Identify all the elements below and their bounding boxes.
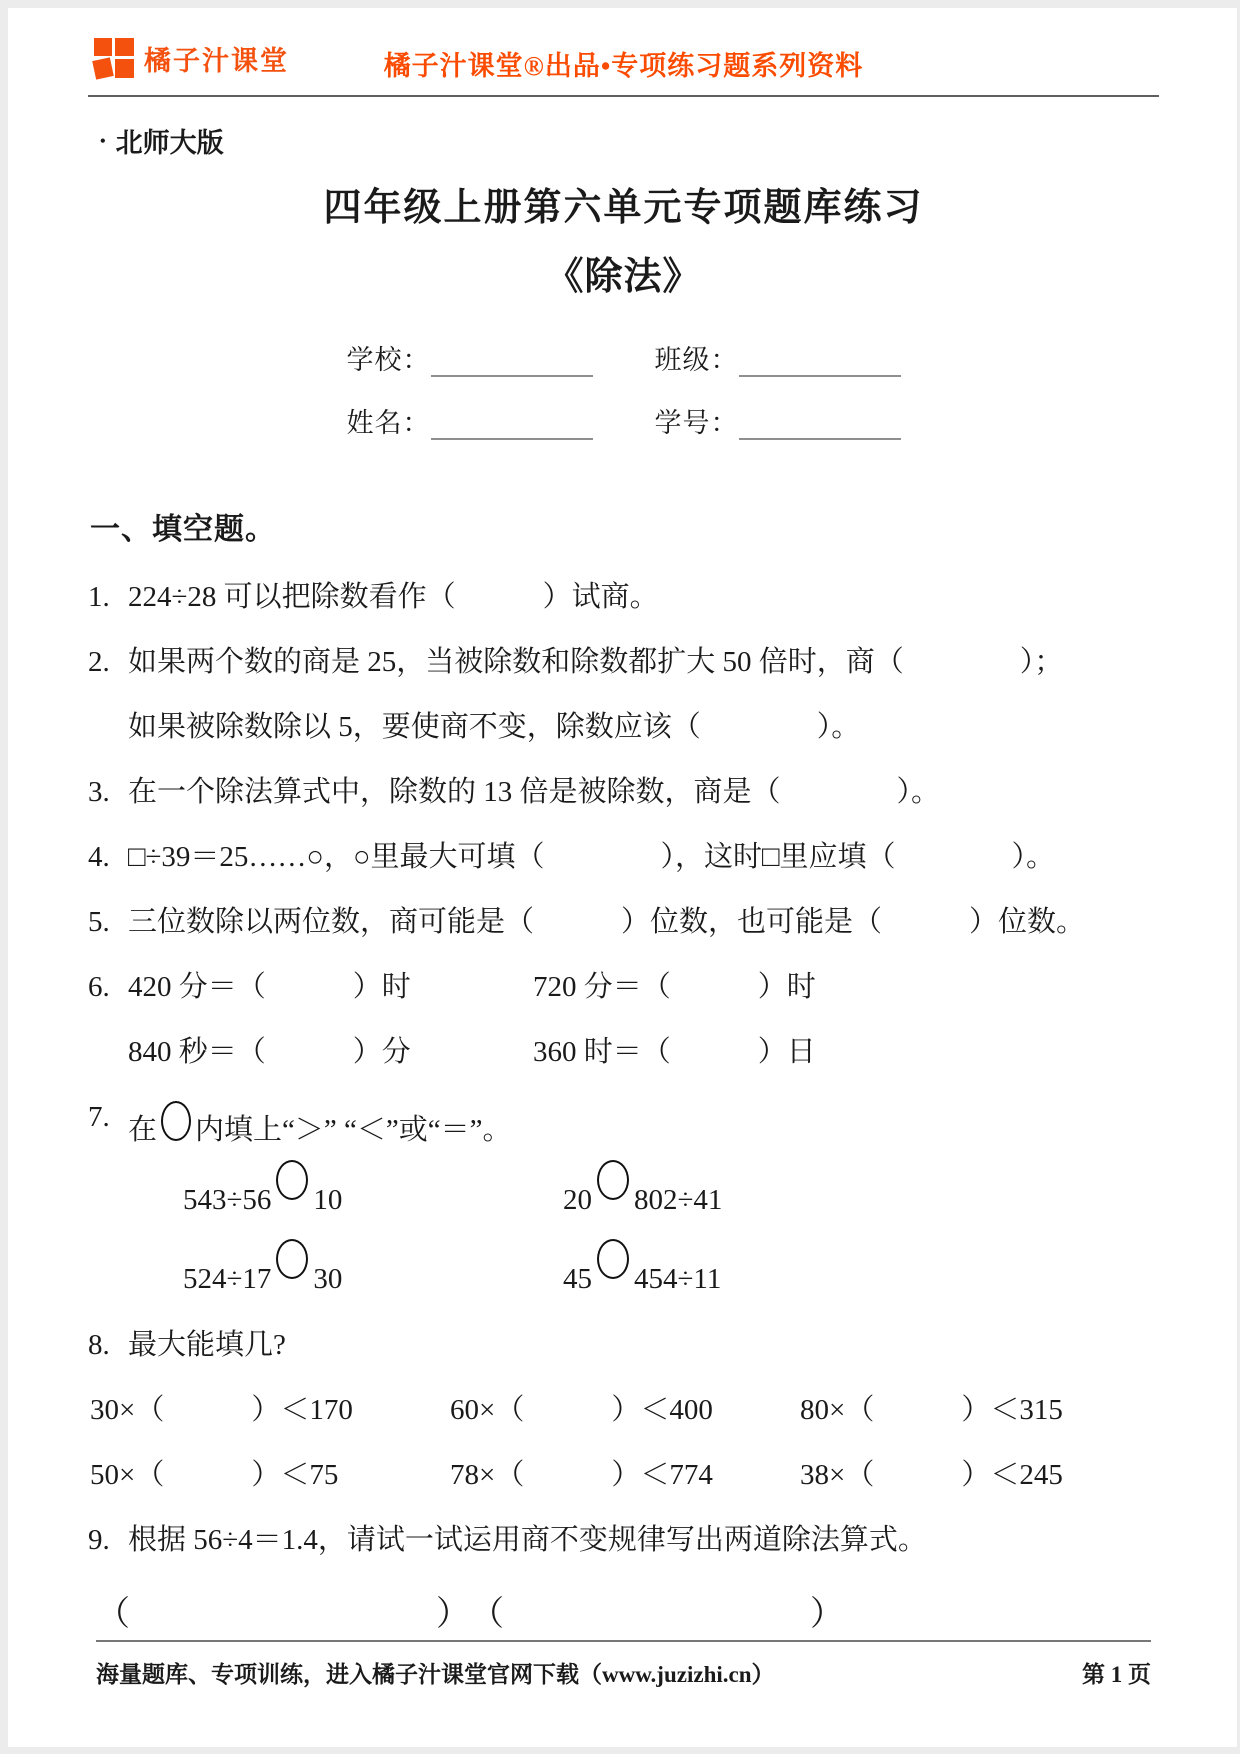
question-text: 如果两个数的商是 25，当被除数和除数都扩大 50 倍时，商（ ）； 如果被除数… (128, 646, 1159, 743)
circle-blank-icon (276, 1160, 308, 1200)
question-number: 5. (88, 906, 128, 938)
question-line: 840 秒＝（ ）分 360 时＝（ ）日 (128, 1036, 1159, 1068)
question-6: 6. 420 分＝（ ）时 720 分＝（ ）时 840 秒＝（ ）分 360 … (88, 971, 1159, 1068)
class-label: 班级： (655, 338, 739, 377)
page-subtitle: 《除法》 (88, 245, 1159, 300)
section-heading: 一、填空题。 (90, 504, 1159, 548)
footer-note: 海量题库、专项训练，进入橘子汁课堂官网下载（www.juzizhi.cn） (96, 1656, 775, 1689)
inequality-item: 30×（ ）＜170 (90, 1394, 450, 1426)
page-title: 四年级上册第六单元专项题库练习 (88, 176, 1159, 231)
expression: 543÷56 (183, 1184, 271, 1216)
form-row-1: 学校： 班级： (347, 338, 901, 377)
logo-square-icon (115, 59, 134, 78)
inequality-item: 60×（ ）＜400 (450, 1394, 800, 1426)
school-label: 学校： (347, 338, 431, 377)
form-row-2: 姓名： 学号： (347, 401, 901, 440)
question-text: □÷39＝25……○，○里最大可填（ ），这时□里应填（ ）。 (128, 841, 1159, 873)
edition-label: •北师大版 (100, 121, 1159, 160)
question-text: 在内填上“＞” “＜”或“＝”。 (128, 1101, 1159, 1146)
question-text: 在一个除法算式中，除数的 13 倍是被除数，商是（ ）。 (128, 776, 1159, 808)
question-number: 9. (88, 1524, 128, 1556)
question-text-pre: 在 (128, 1114, 157, 1146)
conversion-item: 360 时＝（ ）日 (533, 1036, 816, 1068)
circle-blank-icon (597, 1160, 629, 1200)
question-number: 7. (88, 1101, 128, 1146)
question-8-row: 30×（ ）＜170 60×（ ）＜400 80×（ ）＜315 (88, 1394, 1159, 1426)
comparison-item: 543÷5610 (183, 1160, 563, 1217)
expression: 802÷41 (634, 1184, 722, 1216)
question-9: 9. 根据 56÷4＝1.4，请试一试运用商不变规律写出两道除法算式。 (88, 1524, 1159, 1556)
class-blank-line (739, 345, 901, 377)
inequality-item: 50×（ ）＜75 (90, 1459, 450, 1491)
page-number: 第 1 页 (1082, 1656, 1151, 1689)
comparison-item: 20802÷41 (563, 1160, 722, 1217)
question-7-comparisons: 543÷5610 20802÷41 524÷1730 45454÷11 (183, 1160, 1159, 1296)
question-number: 4. (88, 841, 128, 873)
expression: 454÷11 (634, 1263, 721, 1295)
question-2: 2. 如果两个数的商是 25，当被除数和除数都扩大 50 倍时，商（ ）； 如果… (88, 646, 1159, 743)
expression: 20 (563, 1184, 592, 1216)
logo-square-icon (115, 38, 134, 56)
question-8-row: 50×（ ）＜75 78×（ ）＜774 38×（ ）＜245 (88, 1459, 1159, 1491)
answer-blanks-row: （ ） （ ） (88, 1586, 1159, 1635)
conversion-item: 720 分＝（ ）时 (533, 971, 816, 1003)
conversion-item: 420 分＝（ ）时 (128, 971, 533, 1003)
comparison-item: 45454÷11 (563, 1239, 721, 1296)
name-blank-line (431, 408, 593, 440)
brand: 橘子汁课堂 (94, 38, 289, 79)
circle-blank-icon (161, 1101, 191, 1141)
student-info-form: 学校： 班级： 姓名： 学号： (347, 338, 901, 440)
logo-square-icon (94, 38, 112, 56)
expression: 45 (563, 1263, 592, 1295)
question-number: 8. (88, 1329, 128, 1361)
question-number: 2. (88, 646, 128, 743)
question-text: 420 分＝（ ）时 720 分＝（ ）时 840 秒＝（ ）分 360 时＝（… (128, 971, 1159, 1068)
expression: 524÷17 (183, 1263, 271, 1295)
brand-logo-icon (94, 38, 135, 79)
expression: 10 (313, 1184, 342, 1216)
edition-text: 北师大版 (116, 128, 224, 158)
question-text: 根据 56÷4＝1.4，请试一试运用商不变规律写出两道除法算式。 (128, 1524, 1159, 1556)
question-line: 如果两个数的商是 25，当被除数和除数都扩大 50 倍时，商（ ）； (128, 646, 1159, 678)
question-text: 三位数除以两位数，商可能是（ ）位数，也可能是（ ）位数。 (128, 906, 1159, 938)
question-1: 1. 224÷28 可以把除数看作（ ）试商。 (88, 581, 1159, 613)
page-footer: 海量题库、专项训练，进入橘子汁课堂官网下载（www.juzizhi.cn） 第 … (96, 1640, 1151, 1689)
comparison-row: 524÷1730 45454÷11 (183, 1239, 1159, 1296)
circle-blank-icon (597, 1239, 629, 1279)
question-3: 3. 在一个除法算式中，除数的 13 倍是被除数，商是（ ）。 (88, 776, 1159, 808)
question-7: 7. 在内填上“＞” “＜”或“＝”。 (88, 1101, 1159, 1146)
comparison-row: 543÷5610 20802÷41 (183, 1160, 1159, 1217)
question-text: 最大能填几? (128, 1329, 1159, 1361)
question-number: 6. (88, 971, 128, 1068)
inequality-item: 38×（ ）＜245 (800, 1459, 1063, 1491)
name-label: 姓名： (347, 401, 431, 440)
logo-square-icon (92, 57, 114, 79)
question-text: 224÷28 可以把除数看作（ ）试商。 (128, 581, 1159, 613)
question-8: 8. 最大能填几? (88, 1329, 1159, 1361)
question-number: 1. (88, 581, 128, 613)
question-line: 420 分＝（ ）时 720 分＝（ ）时 (128, 971, 1159, 1003)
school-blank-line (431, 345, 593, 377)
student-id-label: 学号： (655, 401, 739, 440)
conversion-item: 840 秒＝（ ）分 (128, 1036, 533, 1068)
bullet-icon: • (100, 133, 106, 150)
worksheet-page: 橘子汁课堂 橘子汁课堂®出品•专项练习题系列资料 •北师大版 四年级上册第六单元… (8, 8, 1237, 1747)
student-id-blank-line (739, 408, 901, 440)
question-line: 如果被除数除以 5，要使商不变，除数应该（ ）。 (128, 711, 1159, 743)
question-text-post: 内填上“＞” “＜”或“＝”。 (195, 1114, 511, 1146)
inequality-item: 78×（ ）＜774 (450, 1459, 800, 1491)
brand-name: 橘子汁课堂 (144, 39, 289, 78)
page-header: 橘子汁课堂 橘子汁课堂®出品•专项练习题系列资料 (88, 36, 1159, 97)
question-4: 4. □÷39＝25……○，○里最大可填（ ），这时□里应填（ ）。 (88, 841, 1159, 873)
comparison-item: 524÷1730 (183, 1239, 563, 1296)
question-number: 3. (88, 776, 128, 808)
expression: 30 (313, 1263, 342, 1295)
question-5: 5. 三位数除以两位数，商可能是（ ）位数，也可能是（ ）位数。 (88, 906, 1159, 938)
inequality-item: 80×（ ）＜315 (800, 1394, 1063, 1426)
circle-blank-icon (276, 1239, 308, 1279)
